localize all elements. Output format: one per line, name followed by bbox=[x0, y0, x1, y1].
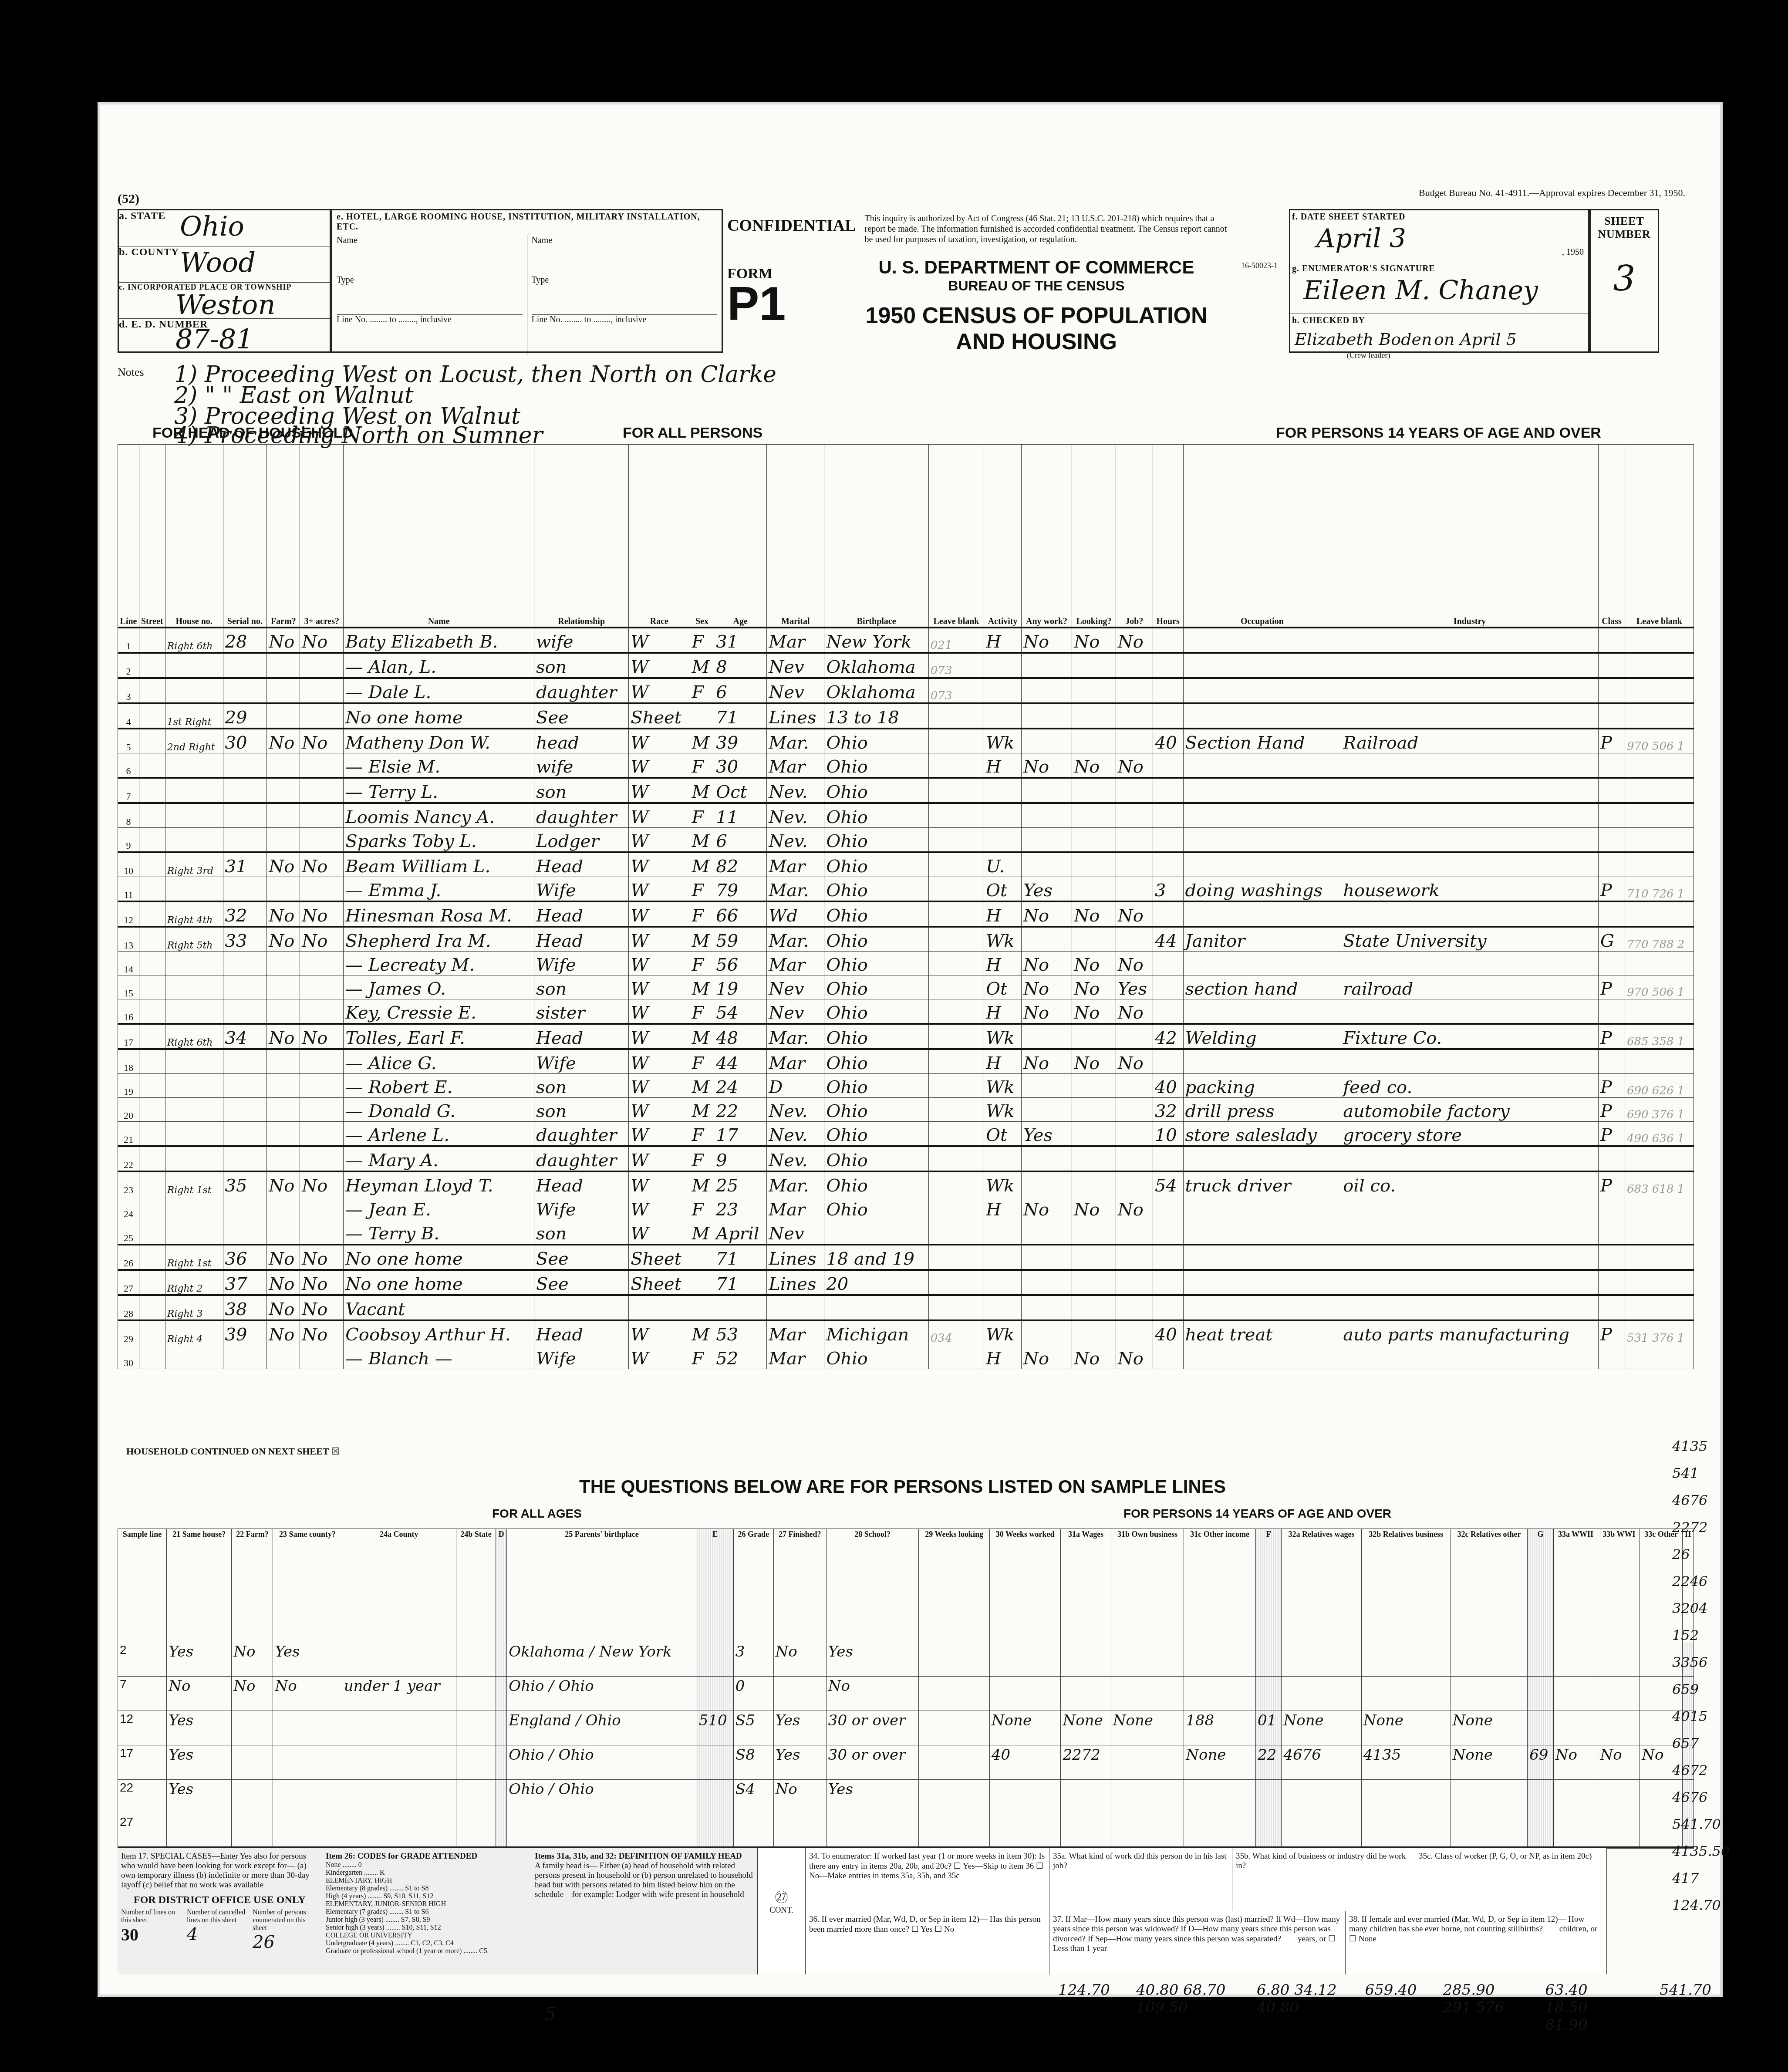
sample-cell-c33b[interactable] bbox=[1598, 1780, 1640, 1814]
sample-cell-c27[interactable] bbox=[773, 1677, 826, 1711]
sample-col-header: 28 School? bbox=[826, 1529, 919, 1642]
sample-row: 27 bbox=[118, 1814, 1694, 1849]
cell-occ bbox=[1183, 1345, 1341, 1369]
institution-label: e. HOTEL, LARGE ROOMING HOUSE, INSTITUTI… bbox=[332, 210, 722, 234]
sheet-number-label: SHEET NUMBER bbox=[1591, 210, 1658, 241]
sample-cell-c31b[interactable] bbox=[1111, 1780, 1184, 1814]
cell-cls bbox=[1598, 678, 1625, 703]
cell-sex: M bbox=[690, 1171, 714, 1196]
tally-note: 124.70 bbox=[1058, 1981, 1110, 2034]
sample-cell-c26[interactable]: S5 bbox=[733, 1711, 773, 1745]
cell-act bbox=[984, 1220, 1022, 1245]
cell-hours bbox=[1153, 1295, 1183, 1320]
sample-col-header: 23 Same county? bbox=[273, 1529, 342, 1642]
sample-cell-c21[interactable]: Yes bbox=[167, 1780, 232, 1814]
cell-farm bbox=[267, 1196, 300, 1220]
cell-look: No bbox=[1072, 1049, 1116, 1074]
cell-farm bbox=[267, 1121, 300, 1146]
census-sheet: (52) Budget Bureau No. 41-4911.—Approval… bbox=[100, 105, 1720, 1994]
cell-house: 1st Right bbox=[165, 703, 223, 729]
cell-farm bbox=[267, 1049, 300, 1074]
sample-rows: 2YesNoYesOklahoma / New York3NoYes7NoNoN… bbox=[118, 1642, 1694, 1849]
sample-cell-parents bbox=[507, 1814, 697, 1849]
sample-cell-c32a[interactable] bbox=[1282, 1677, 1361, 1711]
sample-cell-c22[interactable]: No bbox=[232, 1642, 273, 1677]
cell-look: No bbox=[1072, 1345, 1116, 1369]
budget-note: Budget Bureau No. 41-4911.—Approval expi… bbox=[1419, 187, 1685, 199]
sample-cell-c22[interactable] bbox=[232, 1745, 273, 1780]
cell-line: 29 bbox=[118, 1320, 139, 1345]
cell-job: No bbox=[1116, 1049, 1153, 1074]
cell-name: No one home bbox=[344, 1245, 534, 1270]
sample-cell-c33a[interactable] bbox=[1553, 1814, 1598, 1849]
sample-cell-c27[interactable]: Yes bbox=[773, 1745, 826, 1780]
sample-cell-c31c[interactable] bbox=[1184, 1642, 1256, 1677]
cell-mar: Nev. bbox=[767, 1121, 824, 1146]
sample-cell-g bbox=[1528, 1780, 1554, 1814]
cell-street bbox=[139, 703, 165, 729]
cell-birth: Ohio bbox=[824, 999, 928, 1024]
household-continued[interactable]: HOUSEHOLD CONTINUED ON NEXT SHEET ☒ bbox=[126, 1446, 340, 1457]
cell-hours bbox=[1153, 1196, 1183, 1220]
cell-look bbox=[1072, 1097, 1116, 1121]
cell-code bbox=[1625, 827, 1694, 852]
cell-job bbox=[1116, 729, 1153, 753]
sample-cell-c24a[interactable] bbox=[342, 1814, 456, 1849]
margin-tally: 2246 bbox=[1672, 1568, 1716, 1595]
cell-acres: No bbox=[300, 1295, 344, 1320]
sample-cell-c21[interactable]: Yes bbox=[167, 1711, 232, 1745]
cell-b bbox=[928, 703, 984, 729]
cell-occ: heat treat bbox=[1183, 1320, 1341, 1345]
cell-name: Key, Cressie E. bbox=[344, 999, 534, 1024]
cell-birth: Oklahoma bbox=[824, 653, 928, 678]
sample-cell-c32b[interactable]: 4135 bbox=[1361, 1745, 1451, 1780]
cell-birth: Ohio bbox=[824, 951, 928, 975]
sample-cell-c24b[interactable] bbox=[456, 1642, 496, 1677]
sample-cell-c21[interactable] bbox=[167, 1814, 232, 1849]
sample-cell-c32a[interactable]: None bbox=[1282, 1711, 1361, 1745]
sample-cell-c22[interactable]: No bbox=[232, 1677, 273, 1711]
sample-cell-c30[interactable] bbox=[989, 1814, 1061, 1849]
sample-cell-c22[interactable] bbox=[232, 1780, 273, 1814]
sample-cell-c22[interactable] bbox=[232, 1711, 273, 1745]
cell-work bbox=[1021, 1320, 1072, 1345]
col-header: Industry bbox=[1341, 445, 1599, 628]
persons-count-label: Number of persons enumerated on this she… bbox=[253, 1909, 318, 1932]
sample-col-header: G bbox=[1528, 1529, 1554, 1642]
sample-cell-c23[interactable] bbox=[273, 1711, 342, 1745]
sample-cell-c32c[interactable]: None bbox=[1451, 1711, 1527, 1745]
sample-cell-c32c[interactable]: None bbox=[1451, 1745, 1527, 1780]
cell-mar: Mar bbox=[767, 1049, 824, 1074]
cell-name: Sparks Toby L. bbox=[344, 827, 534, 852]
cell-house: Right 5th bbox=[165, 927, 223, 952]
cell-job bbox=[1116, 1146, 1153, 1171]
sample-row: 17YesOhio / OhioS8Yes30 or over402272Non… bbox=[118, 1745, 1694, 1780]
sample-cell-c28[interactable]: 30 or over bbox=[826, 1745, 919, 1780]
cell-act: Wk bbox=[984, 927, 1022, 952]
sample-cell-c33b[interactable] bbox=[1598, 1642, 1640, 1677]
sample-cell-c26[interactable]: S4 bbox=[733, 1780, 773, 1814]
q34-box: 34. To enumerator: If worked last year (… bbox=[806, 1848, 1049, 1911]
cell-house bbox=[165, 1196, 223, 1220]
cell-work bbox=[1021, 778, 1072, 803]
sample-cell-c24a[interactable] bbox=[342, 1780, 456, 1814]
cell-house: Right 3rd bbox=[165, 852, 223, 877]
cell-name: — Dale L. bbox=[344, 678, 534, 703]
cell-code bbox=[1625, 852, 1694, 877]
sample-cell-c32b[interactable] bbox=[1361, 1642, 1451, 1677]
institution-type-2: Type bbox=[532, 275, 718, 315]
sample-cell-c31b[interactable] bbox=[1111, 1677, 1184, 1711]
col-header: House no. bbox=[165, 445, 223, 628]
cell-cls bbox=[1598, 1049, 1625, 1074]
cell-race: Sheet bbox=[629, 1245, 690, 1270]
sample-cell-c24a[interactable] bbox=[342, 1642, 456, 1677]
cell-acres: No bbox=[300, 1245, 344, 1270]
cell-street bbox=[139, 852, 165, 877]
sample-cell-c32a[interactable]: 4676 bbox=[1282, 1745, 1361, 1780]
sample-cell-c24b[interactable] bbox=[456, 1711, 496, 1745]
sample-cell-c29[interactable] bbox=[919, 1711, 990, 1745]
sample-cell-c32a[interactable] bbox=[1282, 1642, 1361, 1677]
sample-cell-c23[interactable] bbox=[273, 1780, 342, 1814]
tally-note: 541.70 bbox=[1660, 1981, 1711, 2034]
cell-birth: Ohio bbox=[824, 1073, 928, 1097]
sample-cell-c24a[interactable]: under 1 year bbox=[342, 1677, 456, 1711]
sample-cell-c32c[interactable] bbox=[1451, 1642, 1527, 1677]
cell-race: W bbox=[629, 628, 690, 653]
cell-hours: 42 bbox=[1153, 1024, 1183, 1049]
sample-cell-d bbox=[496, 1642, 507, 1677]
sample-cell-c32b[interactable] bbox=[1361, 1677, 1451, 1711]
cell-b bbox=[928, 951, 984, 975]
sample-col-header: 24a County bbox=[342, 1529, 456, 1642]
cell-occ bbox=[1183, 1049, 1341, 1074]
margin-tally: 541 bbox=[1672, 1460, 1716, 1487]
cell-farm bbox=[267, 1345, 300, 1369]
cell-name: Coobsoy Arthur H. bbox=[344, 1320, 534, 1345]
sample-cell-c33a[interactable]: No bbox=[1553, 1745, 1598, 1780]
cell-cls: P bbox=[1598, 975, 1625, 999]
cell-line: 22 bbox=[118, 1146, 139, 1171]
sample-cell-c30[interactable] bbox=[989, 1642, 1061, 1677]
cell-occ bbox=[1183, 852, 1341, 877]
cell-work: Yes bbox=[1021, 877, 1072, 901]
sample-cell-c32c[interactable] bbox=[1451, 1677, 1527, 1711]
cell-occ bbox=[1183, 1295, 1341, 1320]
sample-cell-c32a[interactable] bbox=[1282, 1814, 1361, 1849]
sample-cell-c29[interactable] bbox=[919, 1780, 990, 1814]
cell-race: Sheet bbox=[629, 703, 690, 729]
sample-cell-c29[interactable] bbox=[919, 1677, 990, 1711]
cell-house: Right 3 bbox=[165, 1295, 223, 1320]
sample-cell-c29[interactable] bbox=[919, 1745, 990, 1780]
sample-cell-c31a[interactable] bbox=[1061, 1677, 1111, 1711]
cell-rel: See bbox=[534, 1270, 629, 1295]
sample-cell-c30[interactable] bbox=[989, 1677, 1061, 1711]
cell-mar: Lines bbox=[767, 1270, 824, 1295]
cell-age: 71 bbox=[714, 703, 767, 729]
cell-look bbox=[1072, 927, 1116, 952]
sample-cell-c31a[interactable]: 2272 bbox=[1061, 1745, 1111, 1780]
sample-cell-c31c[interactable]: None bbox=[1184, 1745, 1256, 1780]
sample-cell-c24b[interactable] bbox=[456, 1677, 496, 1711]
sample-cell-c31b[interactable] bbox=[1111, 1745, 1184, 1780]
sample-cell-c22[interactable] bbox=[232, 1814, 273, 1849]
sample-cell-c27[interactable]: No bbox=[773, 1642, 826, 1677]
cell-cls bbox=[1598, 703, 1625, 729]
cell-occ: doing washings bbox=[1183, 877, 1341, 901]
sample-cell-c28[interactable] bbox=[826, 1814, 919, 1849]
cell-occ bbox=[1183, 999, 1341, 1024]
sample-cell-c21[interactable]: No bbox=[167, 1677, 232, 1711]
cell-race: W bbox=[629, 653, 690, 678]
cell-b bbox=[928, 877, 984, 901]
sample-cell-c30[interactable]: 40 bbox=[989, 1745, 1061, 1780]
cell-house bbox=[165, 1146, 223, 1171]
sample-cell-c31c[interactable] bbox=[1184, 1780, 1256, 1814]
sample-col-header: 30 Weeks worked bbox=[989, 1529, 1061, 1642]
sample-cell-c31c[interactable] bbox=[1184, 1677, 1256, 1711]
cell-b: 073 bbox=[928, 678, 984, 703]
col-header: Class bbox=[1598, 445, 1625, 628]
sample-cell-c33a[interactable] bbox=[1553, 1677, 1598, 1711]
cell-acres bbox=[300, 1073, 344, 1097]
cell-street bbox=[139, 1270, 165, 1295]
sample-cell-c31a[interactable] bbox=[1061, 1780, 1111, 1814]
sample-cell-c31b[interactable] bbox=[1111, 1814, 1184, 1849]
sample-cell-c33a[interactable] bbox=[1553, 1780, 1598, 1814]
cell-ind bbox=[1341, 1270, 1599, 1295]
sample-cell-c31a[interactable] bbox=[1061, 1814, 1111, 1849]
cell-race: W bbox=[629, 827, 690, 852]
sample-cell-c23[interactable]: Yes bbox=[273, 1642, 342, 1677]
sample-cell-c33b[interactable] bbox=[1598, 1711, 1640, 1745]
sample-cell-c26[interactable]: 3 bbox=[733, 1642, 773, 1677]
sample-cell-c32b[interactable]: None bbox=[1361, 1711, 1451, 1745]
sample-cell-c24b[interactable] bbox=[456, 1780, 496, 1814]
cell-look: No bbox=[1072, 951, 1116, 975]
sample-cell-e: 510 bbox=[697, 1711, 733, 1745]
cell-street bbox=[139, 927, 165, 952]
cell-line: 5 bbox=[118, 729, 139, 753]
cell-serial: 30 bbox=[223, 729, 267, 753]
cell-hours bbox=[1153, 852, 1183, 877]
cell-occ: Section Hand bbox=[1183, 729, 1341, 753]
sample-row: 22YesOhio / OhioS4NoYes bbox=[118, 1780, 1694, 1814]
sample-cell-c27[interactable]: Yes bbox=[773, 1711, 826, 1745]
grade-code-item: Kindergarten ........ K bbox=[326, 1869, 527, 1877]
cell-street bbox=[139, 1295, 165, 1320]
cont-label: CONT. bbox=[761, 1906, 802, 1915]
cell-serial bbox=[223, 778, 267, 803]
cell-serial: 33 bbox=[223, 927, 267, 952]
cell-b: 034 bbox=[928, 1320, 984, 1345]
cell-line: 9 bbox=[118, 827, 139, 852]
cell-hours: 40 bbox=[1153, 1073, 1183, 1097]
cell-race: W bbox=[629, 1073, 690, 1097]
table-row: 23Right 1st35NoNoHeyman Lloyd T.HeadWM25… bbox=[118, 1171, 1694, 1196]
cell-work: No bbox=[1021, 951, 1072, 975]
cell-look bbox=[1072, 703, 1116, 729]
cell-name: Heyman Lloyd T. bbox=[344, 1171, 534, 1196]
cell-line: 15 bbox=[118, 975, 139, 999]
cell-occ bbox=[1183, 1196, 1341, 1220]
cell-birth: Ohio bbox=[824, 827, 928, 852]
sample-cell-c32b[interactable] bbox=[1361, 1780, 1451, 1814]
col-header: Hours bbox=[1153, 445, 1183, 628]
cell-name: — Jean E. bbox=[344, 1196, 534, 1220]
sample-cell-c33b[interactable] bbox=[1598, 1814, 1640, 1849]
sample-cell-c26[interactable] bbox=[733, 1814, 773, 1849]
cell-b bbox=[928, 1171, 984, 1196]
sample-cell-c27[interactable]: No bbox=[773, 1780, 826, 1814]
cell-age: 53 bbox=[714, 1320, 767, 1345]
sample-cell-c28[interactable]: Yes bbox=[826, 1780, 919, 1814]
sample-cell-c32a[interactable] bbox=[1282, 1780, 1361, 1814]
cell-mar bbox=[767, 1295, 824, 1320]
sample-cell-c33b[interactable]: No bbox=[1598, 1745, 1640, 1780]
cell-sex: F bbox=[690, 877, 714, 901]
sample-cell-c28[interactable]: Yes bbox=[826, 1642, 919, 1677]
cell-birth: 13 to 18 bbox=[824, 703, 928, 729]
cell-job bbox=[1116, 803, 1153, 828]
sample-cell-c32b[interactable] bbox=[1361, 1814, 1451, 1849]
sample-col-header: Sample line bbox=[118, 1529, 167, 1642]
sample-cell-c23[interactable]: No bbox=[273, 1677, 342, 1711]
sample-cell-c24b[interactable] bbox=[456, 1814, 496, 1849]
cell-age: 8 bbox=[714, 653, 767, 678]
cell-line: 18 bbox=[118, 1049, 139, 1074]
checkbox-checked-icon[interactable]: ☒ bbox=[331, 1446, 340, 1457]
cell-farm bbox=[267, 803, 300, 828]
sample-cell-c31a[interactable] bbox=[1061, 1642, 1111, 1677]
sample-cell-c33a[interactable] bbox=[1553, 1711, 1598, 1745]
sample-cell-c31c[interactable] bbox=[1184, 1814, 1256, 1849]
cell-mar: Nev. bbox=[767, 1097, 824, 1121]
sample-cell-f: 01 bbox=[1255, 1711, 1282, 1745]
sample-cell-c26[interactable]: S8 bbox=[733, 1745, 773, 1780]
sample-cell-c32c[interactable] bbox=[1451, 1780, 1527, 1814]
cell-job: No bbox=[1116, 628, 1153, 653]
cell-look: No bbox=[1072, 628, 1116, 653]
sample-cell-c24b[interactable] bbox=[456, 1745, 496, 1780]
sample-cell-c31a[interactable]: None bbox=[1061, 1711, 1111, 1745]
sample-col-header: 29 Weeks looking bbox=[919, 1529, 990, 1642]
cell-rel: See bbox=[534, 1245, 629, 1270]
for-all-ages-header: FOR ALL AGES bbox=[492, 1507, 582, 1521]
sample-cell-c31c[interactable]: 188 bbox=[1184, 1711, 1256, 1745]
table-row: 13Right 5th33NoNoShepherd Ira M.HeadWM59… bbox=[118, 927, 1694, 952]
cell-street bbox=[139, 1097, 165, 1121]
cell-hours: 40 bbox=[1153, 1320, 1183, 1345]
sample-cell-c24a[interactable] bbox=[342, 1711, 456, 1745]
sample-cell-c29[interactable] bbox=[919, 1814, 990, 1849]
grade-code-item: High (4 years) ........ S9, S10, S11, S1… bbox=[326, 1893, 527, 1900]
cell-b bbox=[928, 1196, 984, 1220]
sample-cell-c31b[interactable]: None bbox=[1111, 1711, 1184, 1745]
all-persons-header: FOR ALL PERSONS bbox=[623, 425, 762, 442]
cell-code bbox=[1625, 901, 1694, 927]
cell-b bbox=[928, 753, 984, 778]
cell-job bbox=[1116, 703, 1153, 729]
cell-job bbox=[1116, 778, 1153, 803]
form-code: 16-50023-1 bbox=[1241, 261, 1278, 270]
table-row: 10Right 3rd31NoNoBeam William L.HeadWM82… bbox=[118, 852, 1694, 877]
sample-27-circle-icon: ㉗ bbox=[761, 1886, 802, 1906]
institution-name-1: Name bbox=[337, 236, 523, 275]
sample-cell-c21[interactable]: Yes bbox=[167, 1642, 232, 1677]
sample-cell-c32c[interactable] bbox=[1451, 1814, 1527, 1849]
cell-job bbox=[1116, 1220, 1153, 1245]
cell-b bbox=[928, 1121, 984, 1146]
cell-look bbox=[1072, 678, 1116, 703]
sample-cell-c28[interactable]: No bbox=[826, 1677, 919, 1711]
cell-b bbox=[928, 975, 984, 999]
sample-cell-c33a[interactable] bbox=[1553, 1642, 1598, 1677]
table-row: 15— James O.sonWM19NevOhioOtNoNoYessecti… bbox=[118, 975, 1694, 999]
sample-col-header: 32b Relatives business bbox=[1361, 1529, 1451, 1642]
sample-cell-c23[interactable] bbox=[273, 1745, 342, 1780]
cell-cls: P bbox=[1598, 1097, 1625, 1121]
col-header: Activity bbox=[984, 445, 1022, 628]
table-row: 9Sparks Toby L.LodgerWM6Nev.Ohio bbox=[118, 827, 1694, 852]
cell-work bbox=[1021, 927, 1072, 952]
cell-birth: Ohio bbox=[824, 753, 928, 778]
cell-ind bbox=[1341, 653, 1599, 678]
cell-b bbox=[928, 1049, 984, 1074]
cell-hours bbox=[1153, 901, 1183, 927]
sample-cell-c30[interactable]: None bbox=[989, 1711, 1061, 1745]
sample-cell-c21[interactable]: Yes bbox=[167, 1745, 232, 1780]
cell-farm: No bbox=[267, 927, 300, 952]
col-header: 3+ acres? bbox=[300, 445, 344, 628]
cell-code bbox=[1625, 678, 1694, 703]
cell-age: 39 bbox=[714, 729, 767, 753]
table-row: 7— Terry L.sonWMOctNev.Ohio bbox=[118, 778, 1694, 803]
sample-cell-c26[interactable]: 0 bbox=[733, 1677, 773, 1711]
sample-cell-c30[interactable] bbox=[989, 1780, 1061, 1814]
cell-cls bbox=[1598, 803, 1625, 828]
cell-occ bbox=[1183, 678, 1341, 703]
cell-rel: wife bbox=[534, 628, 629, 653]
cell-age bbox=[714, 1295, 767, 1320]
table-row: 41st Right29No one homeSeeSheet71Lines13… bbox=[118, 703, 1694, 729]
sample-cell-c27[interactable] bbox=[773, 1814, 826, 1849]
cell-line: 24 bbox=[118, 1196, 139, 1220]
cell-farm: No bbox=[267, 628, 300, 653]
cell-race: W bbox=[629, 1024, 690, 1049]
cell-hours: 32 bbox=[1153, 1097, 1183, 1121]
cell-serial bbox=[223, 678, 267, 703]
sample-cell-c33b[interactable] bbox=[1598, 1677, 1640, 1711]
sample-cell-c23[interactable] bbox=[273, 1814, 342, 1849]
cell-look bbox=[1072, 1295, 1116, 1320]
cell-look bbox=[1072, 1171, 1116, 1196]
sample-col-header: 31b Own business bbox=[1111, 1529, 1184, 1642]
sample-cell-c28[interactable]: 30 or over bbox=[826, 1711, 919, 1745]
col-header: Relationship bbox=[534, 445, 629, 628]
cell-farm bbox=[267, 778, 300, 803]
cell-work: No bbox=[1021, 628, 1072, 653]
sample-cell-c24a[interactable] bbox=[342, 1745, 456, 1780]
sample-cell-c31b[interactable] bbox=[1111, 1642, 1184, 1677]
sample-cell-c29[interactable] bbox=[919, 1642, 990, 1677]
cell-house bbox=[165, 1097, 223, 1121]
cell-race: W bbox=[629, 927, 690, 952]
